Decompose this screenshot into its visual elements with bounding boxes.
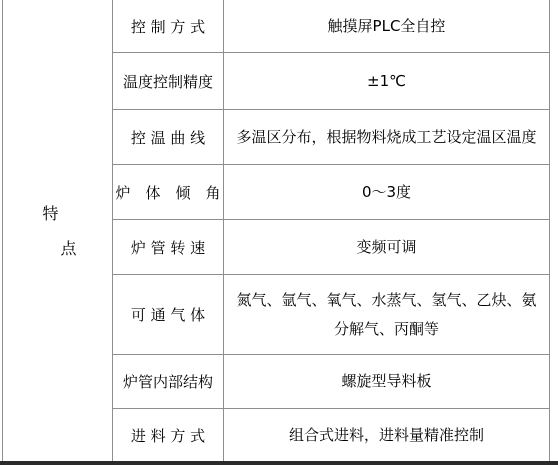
spec-label-cell: 可 通 气 体 xyxy=(113,275,224,354)
spec-rows: 控 制 方 式 触摸屏PLC全自控 温度控制精度 ±1℃ 控 温 曲 线 多温区… xyxy=(113,0,549,462)
spec-value-cell: 组合式进料，进料量精准控制 xyxy=(224,409,549,462)
spec-value-cell: 氮气、氩气、氧气、水蒸气、氢气、乙炔、氨分解气、丙酮等 xyxy=(224,275,549,354)
spec-label-cell: 炉管内部结构 xyxy=(113,355,224,408)
spec-row-tube-speed: 炉 管 转 速 变频可调 xyxy=(113,220,549,275)
spec-label-cell: 进 料 方 式 xyxy=(113,409,224,462)
spec-value-cell: ±1℃ xyxy=(224,53,549,109)
spec-row-control-mode: 控 制 方 式 触摸屏PLC全自控 xyxy=(113,0,549,53)
spec-table: 特 点 控 制 方 式 触摸屏PLC全自控 温度控制精度 ±1℃ 控 温 曲 线… xyxy=(2,0,550,462)
feature-header-line2: 点 xyxy=(60,231,76,266)
spec-row-feeding-mode: 进 料 方 式 组合式进料，进料量精准控制 xyxy=(113,409,549,462)
feature-header-text: 特 点 xyxy=(49,196,65,266)
spec-label-cell: 炉 体 倾 角 xyxy=(113,165,224,219)
spec-label-cell: 温度控制精度 xyxy=(113,53,224,109)
spec-label-cell: 控 制 方 式 xyxy=(113,0,224,52)
spec-row-gases: 可 通 气 体 氮气、氩气、氧气、水蒸气、氢气、乙炔、氨分解气、丙酮等 xyxy=(113,275,549,355)
spec-value-cell: 变频可调 xyxy=(224,220,549,274)
spec-row-tube-structure: 炉管内部结构 螺旋型导料板 xyxy=(113,355,549,409)
spec-value-cell: 触摸屏PLC全自控 xyxy=(224,0,549,52)
feature-header-line1: 特 xyxy=(42,196,58,231)
spec-label-cell: 控 温 曲 线 xyxy=(113,110,224,164)
spec-value-cell: 螺旋型导料板 xyxy=(224,355,549,408)
spec-value-cell: 多温区分布，根据物料烧成工艺设定温区温度 xyxy=(224,110,549,164)
bottom-rule-divider xyxy=(0,461,558,465)
spec-row-body-tilt: 炉 体 倾 角 0～3度 xyxy=(113,165,549,220)
spec-row-temp-curve: 控 温 曲 线 多温区分布，根据物料烧成工艺设定温区温度 xyxy=(113,110,549,165)
page: 特 点 控 制 方 式 触摸屏PLC全自控 温度控制精度 ±1℃ 控 温 曲 线… xyxy=(0,0,558,467)
spec-value-cell: 0～3度 xyxy=(224,165,549,219)
spec-label-cell: 炉 管 转 速 xyxy=(113,220,224,274)
spec-row-temp-precision: 温度控制精度 ±1℃ xyxy=(113,53,549,110)
feature-header-cell: 特 点 xyxy=(3,0,113,462)
